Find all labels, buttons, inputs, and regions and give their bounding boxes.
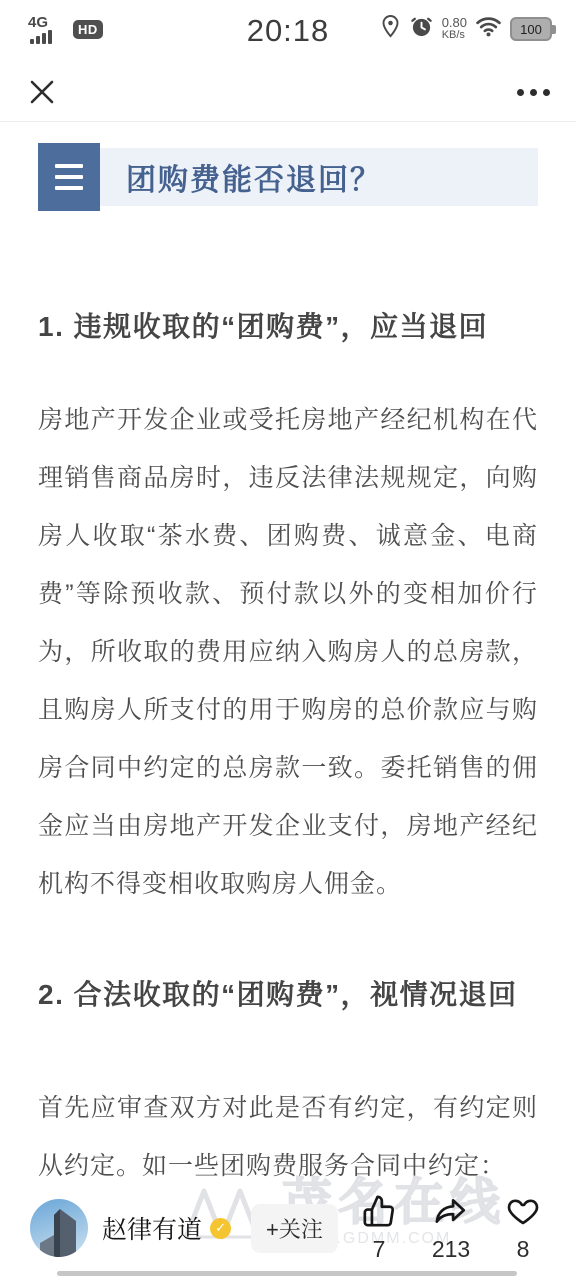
nav-bar xyxy=(0,60,576,122)
battery-icon: 100 xyxy=(510,17,552,41)
section-2-heading: 2. 合法收取的“团购费”，视情况退回 xyxy=(38,973,538,1013)
favorite-button[interactable]: 8 xyxy=(500,1194,546,1263)
alarm-icon xyxy=(410,15,433,43)
menu-lines-icon xyxy=(38,143,100,211)
like-button[interactable]: 7 xyxy=(356,1194,402,1263)
battery-level: 100 xyxy=(520,22,542,37)
close-icon[interactable] xyxy=(24,74,60,110)
wifi-icon xyxy=(476,16,501,42)
app-screen: 4G HD 20:18 0.80 KB/s xyxy=(0,0,576,1280)
section-2-body: 首先应审查双方对此是否有约定，有约定则从约定。如一些团购费服务合同中约定： xyxy=(38,1079,538,1195)
home-indicator[interactable] xyxy=(57,1271,517,1276)
avatar[interactable] xyxy=(30,1199,88,1257)
action-buttons: 7 213 8 xyxy=(356,1194,546,1263)
follow-button[interactable]: +关注 xyxy=(251,1204,338,1253)
favorite-count: 8 xyxy=(517,1236,530,1263)
article-content: 团购费能否退回？ 1. 违规收取的“团购费”，应当退回 房地产开发企业或受托房地… xyxy=(38,122,538,1195)
section-1-heading: 1. 违规收取的“团购费”，应当退回 xyxy=(38,305,538,345)
like-count: 7 xyxy=(373,1236,386,1263)
network-speed: 0.80 KB/s xyxy=(442,16,467,42)
status-right-cluster: 0.80 KB/s 100 xyxy=(380,14,552,44)
speed-value: 0.80 xyxy=(442,16,467,29)
author-name[interactable]: 赵律有道 xyxy=(102,1210,202,1246)
more-options-icon[interactable] xyxy=(517,82,550,102)
thumbs-up-icon xyxy=(362,1194,396,1233)
article-title-block: 团购费能否退回？ xyxy=(38,143,538,211)
location-icon xyxy=(380,14,401,44)
speed-unit: KB/s xyxy=(442,29,467,42)
heart-icon xyxy=(506,1194,540,1233)
share-arrow-icon xyxy=(434,1194,468,1233)
section-1-body: 房地产开发企业或受托房地产经纪机构在代理销售商品房时，违反法律法规规定，向购房人… xyxy=(38,391,538,913)
author-action-bar: 赵律有道 ✓ +关注 7 213 xyxy=(0,1188,576,1268)
share-button[interactable]: 213 xyxy=(428,1194,474,1263)
share-count: 213 xyxy=(432,1236,470,1263)
status-bar: 4G HD 20:18 0.80 KB/s xyxy=(0,0,576,60)
article-title: 团购费能否退回？ xyxy=(126,155,382,199)
verified-badge-icon: ✓ xyxy=(210,1218,231,1239)
article-title-bar: 团购费能否退回？ xyxy=(100,148,538,206)
